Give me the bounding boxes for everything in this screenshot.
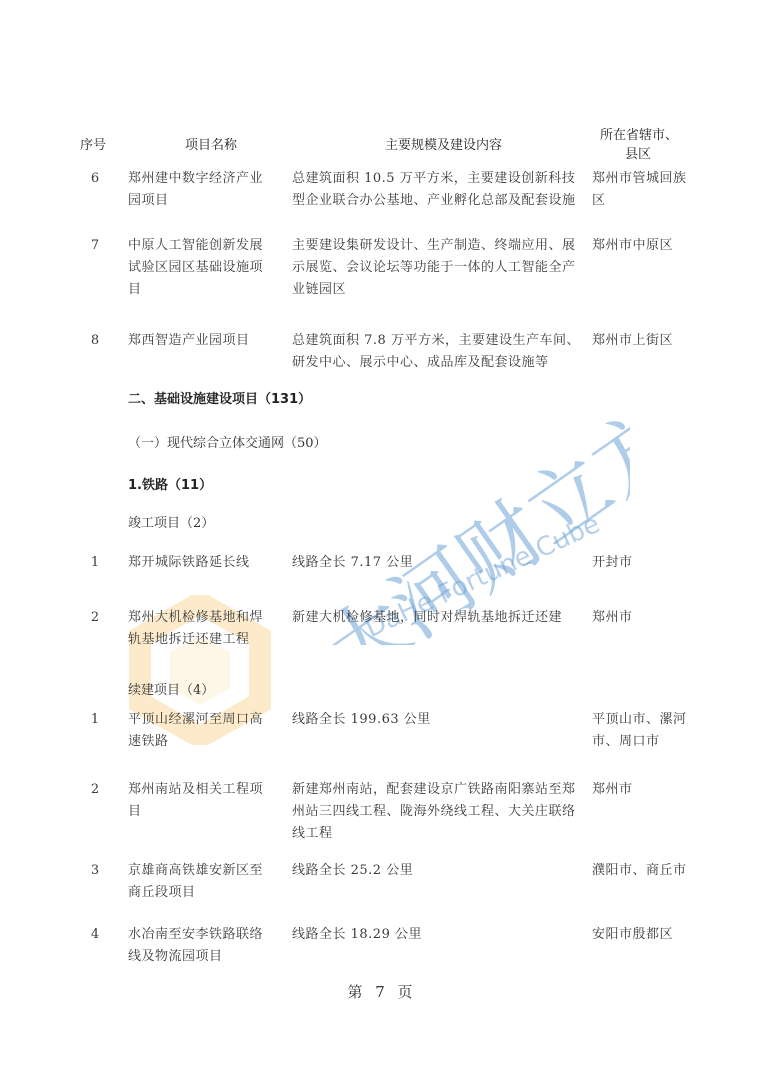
project-location: 郑州市 (592, 779, 702, 801)
location-line: 安阳市殷都区 (592, 924, 702, 946)
project-name-line: 郑州建中数字经济产业 (128, 168, 278, 190)
content-line: 总建筑面积 10.5 万平方米，主要建设创新科技 (292, 168, 582, 190)
row-index: 8 (80, 330, 110, 352)
project-content: 总建筑面积 7.8 万平方米，主要建设生产车间、 研发中心、展示中心、成品库及配… (292, 330, 582, 374)
project-name: 郑州大机检修基地和焊 轨基地拆迁还建工程 (128, 607, 278, 651)
page-number: 第 7 页 (0, 981, 764, 1002)
content-line: 研发中心、展示中心、成品库及配套设施等 (292, 352, 582, 374)
project-name-line: 轨基地拆迁还建工程 (128, 629, 278, 651)
section-heading: 二、基础设施建设项目（131） (128, 388, 311, 407)
content-line: 业链园区 (292, 279, 582, 301)
content-line: 总建筑面积 7.8 万平方米，主要建设生产车间、 (292, 330, 582, 352)
location-line: 郑州市上街区 (592, 330, 702, 352)
project-name-line: 水冶南至安李铁路联络 (128, 924, 278, 946)
content-line: 主要建设集研发设计、生产制造、终端应用、展 (292, 235, 582, 257)
location-line: 郑州市管城回族 (592, 168, 702, 190)
category-heading: 1.铁路（11） (128, 474, 212, 493)
project-content: 新建郑州南站，配套建设京广铁路南阳寨站至郑 州站三四线工程、陇海外绕线工程、大关… (292, 779, 582, 845)
location-line: 郑州市 (592, 607, 702, 629)
subsection-heading: （一）现代综合立体交通网（50） (128, 432, 327, 451)
header-content: 主要规模及建设内容 (385, 134, 502, 153)
header-index: 序号 (80, 134, 106, 153)
location-line: 濮阳市、商丘市 (592, 860, 702, 882)
project-name-line: 线及物流园项目 (128, 946, 278, 968)
row-index: 4 (80, 924, 110, 946)
project-content: 线路全长 25.2 公里 (292, 860, 582, 882)
project-name: 京雄商高铁雄安新区至 商丘段项目 (128, 860, 278, 904)
location-line: 开封市 (592, 552, 702, 574)
project-name: 中原人工智能创新发展 试验区园区基础设施项 目 (128, 235, 278, 301)
project-location: 郑州市 (592, 607, 702, 629)
project-name-line: 中原人工智能创新发展 (128, 235, 278, 257)
project-name-line: 郑开城际铁路延长线 (128, 552, 278, 574)
project-location: 郑州市中原区 (592, 235, 702, 257)
project-location: 开封市 (592, 552, 702, 574)
project-name: 郑开城际铁路延长线 (128, 552, 278, 574)
project-name: 郑州南站及相关工程项 目 (128, 779, 278, 823)
group-heading-completed: 竣工项目（2） (128, 512, 214, 531)
project-name-line: 目 (128, 801, 278, 823)
location-line: 郑州市中原区 (592, 235, 702, 257)
content-line: 线路全长 7.17 公里 (292, 552, 582, 574)
header-location-2: 县区 (625, 143, 651, 162)
location-line: 平顶山市、漯河 (592, 709, 702, 731)
row-index: 2 (80, 607, 110, 629)
row-index: 7 (80, 235, 110, 257)
project-content: 线路全长 7.17 公里 (292, 552, 582, 574)
content-line: 线路全长 18.29 公里 (292, 924, 582, 946)
project-name: 平顶山经漯河至周口高 速铁路 (128, 709, 278, 753)
group-heading-continuing: 续建项目（4） (128, 679, 214, 698)
project-location: 郑州市上街区 (592, 330, 702, 352)
row-index: 3 (80, 860, 110, 882)
content-line: 新建大机检修基地，同时对焊轨基地拆迁还建 (292, 607, 582, 629)
project-name: 水冶南至安李铁路联络 线及物流园项目 (128, 924, 278, 968)
project-content: 总建筑面积 10.5 万平方米，主要建设创新科技 型企业联合办公基地、产业孵化总… (292, 168, 582, 212)
project-name-line: 园项目 (128, 190, 278, 212)
project-name-line: 速铁路 (128, 731, 278, 753)
project-name-line: 郑西智造产业园项目 (128, 330, 278, 352)
row-index: 6 (80, 168, 110, 190)
location-line: 郑州市 (592, 779, 702, 801)
header-location-1: 所在省辖市、 (600, 124, 678, 143)
content-line: 线路全长 199.63 公里 (292, 709, 582, 731)
project-content: 新建大机检修基地，同时对焊轨基地拆迁还建 (292, 607, 582, 629)
content-line: 州站三四线工程、陇海外绕线工程、大关庄联络 (292, 801, 582, 823)
project-location: 濮阳市、商丘市 (592, 860, 702, 882)
project-location: 平顶山市、漯河 市、周口市 (592, 709, 702, 753)
content-line: 线路全长 25.2 公里 (292, 860, 582, 882)
content-line: 新建郑州南站，配套建设京广铁路南阳寨站至郑 (292, 779, 582, 801)
project-content: 主要建设集研发设计、生产制造、终端应用、展 示展览、会议论坛等功能于一体的人工智… (292, 235, 582, 301)
project-content: 线路全长 18.29 公里 (292, 924, 582, 946)
project-name-line: 郑州大机检修基地和焊 (128, 607, 278, 629)
project-name: 郑州建中数字经济产业 园项目 (128, 168, 278, 212)
project-name-line: 平顶山经漯河至周口高 (128, 709, 278, 731)
project-name-line: 京雄商高铁雄安新区至 (128, 860, 278, 882)
location-line: 区 (592, 190, 702, 212)
content-line: 示展览、会议论坛等功能于一体的人工智能全产 (292, 257, 582, 279)
location-line: 市、周口市 (592, 731, 702, 753)
project-name-line: 试验区园区基础设施项 (128, 257, 278, 279)
project-name-line: 郑州南站及相关工程项 (128, 779, 278, 801)
row-index: 1 (80, 709, 110, 731)
project-name-line: 目 (128, 279, 278, 301)
header-project-name: 项目名称 (185, 134, 237, 153)
row-index: 2 (80, 779, 110, 801)
project-name-line: 商丘段项目 (128, 882, 278, 904)
row-index: 1 (80, 552, 110, 574)
project-location: 安阳市殷都区 (592, 924, 702, 946)
project-content: 线路全长 199.63 公里 (292, 709, 582, 731)
project-name: 郑西智造产业园项目 (128, 330, 278, 352)
content-line: 型企业联合办公基地、产业孵化总部及配套设施 (292, 190, 582, 212)
content-line: 线工程 (292, 823, 582, 845)
project-location: 郑州市管城回族 区 (592, 168, 702, 212)
